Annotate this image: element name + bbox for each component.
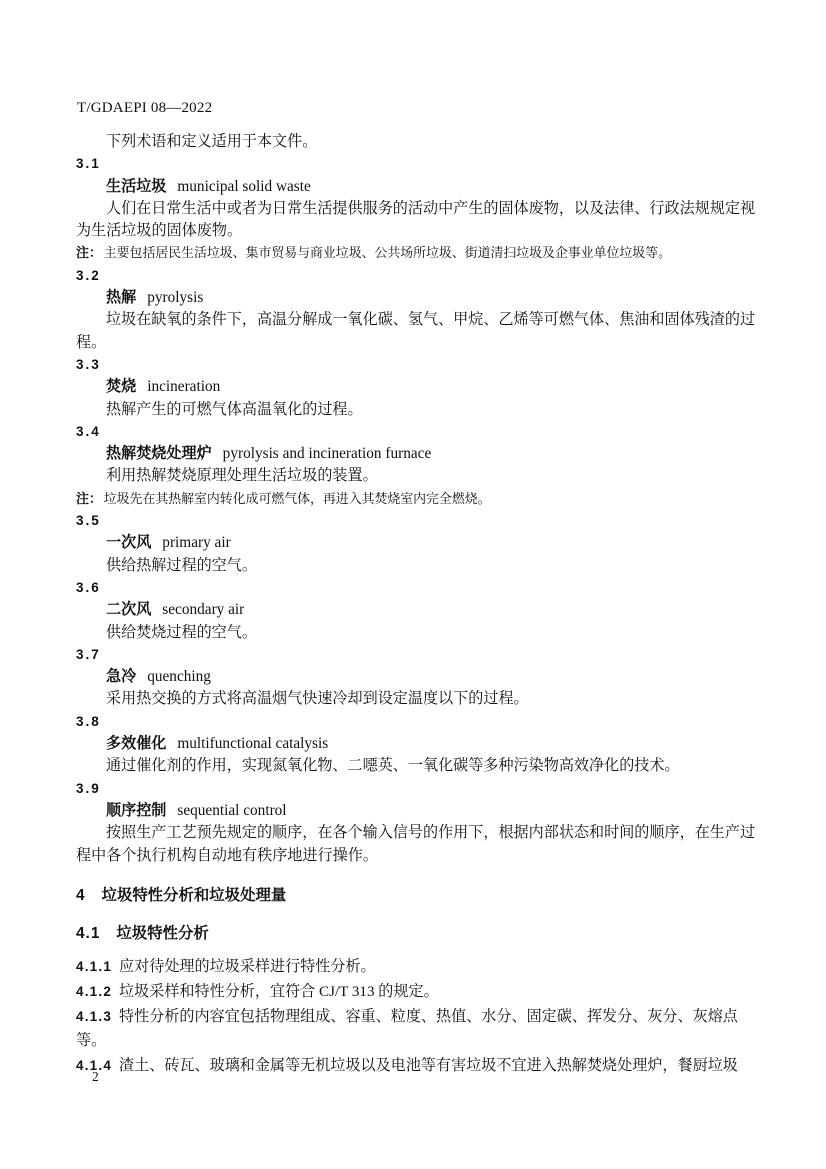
term-definition: 垃圾在缺氧的条件下，高温分解成一氧化碳、氢气、甲烷、乙烯等可燃气体、焦油和固体残…	[76, 309, 758, 354]
section-title: 垃圾特性分析和垃圾处理量	[102, 887, 287, 904]
term-definition: 通过催化剂的作用，实现氮氧化物、二噁英、一氧化碳等多种污染物高效净化的技术。	[76, 755, 758, 777]
term-zh: 焚烧	[106, 378, 136, 395]
clause-text: 垃圾采样和特性分析，宜符合 CJ/T 313 的规定。	[119, 984, 439, 1000]
section-heading: 4垃圾特性分析和垃圾处理量	[76, 885, 758, 907]
term-en: incineration	[147, 378, 220, 395]
clause-4-1-3: 4.1.3特性分析的内容宜包括物理组成、容重、粒度、热值、水分、固定碳、挥发分、…	[76, 1005, 758, 1054]
term-zh: 急冷	[106, 668, 136, 685]
term-section-3-5: 3.5 一次风primary air 供给热解过程的空气。	[76, 510, 758, 577]
term-en: pyrolysis and incineration furnace	[223, 445, 432, 462]
term-section-3-1: 3.1 生活垃圾municipal solid waste 人们在日常生活中或者…	[76, 153, 758, 264]
term-line: 焚烧incineration	[76, 376, 758, 398]
term-section-3-2: 3.2 热解pyrolysis 垃圾在缺氧的条件下，高温分解成一氧化碳、氢气、甲…	[76, 265, 758, 354]
term-section-3-8: 3.8 多效催化multifunctional catalysis 通过催化剂的…	[76, 711, 758, 778]
term-definition: 按照生产工艺预先规定的顺序，在各个输入信号的作用下，根据内部状态和时间的顺序，在…	[76, 822, 758, 867]
clause-number: 4.1.2	[76, 984, 112, 999]
term-line: 多效催化multifunctional catalysis	[76, 733, 758, 755]
note-text: 主要包括居民生活垃圾、集市贸易与商业垃圾、公共场所垃圾、街道清扫垃圾及企事业单位…	[104, 246, 671, 260]
clause-4-1-1: 4.1.1应对待处理的垃圾采样进行特性分析。	[76, 955, 758, 980]
term-section-3-6: 3.6 二次风secondary air 供给焚烧过程的空气。	[76, 577, 758, 644]
term-section-3-4: 3.4 热解焚烧处理炉pyrolysis and incineration fu…	[76, 421, 758, 510]
term-line: 一次风primary air	[76, 532, 758, 554]
running-header: T/GDAEPI 08—2022	[77, 100, 212, 116]
term-line: 热解焚烧处理炉pyrolysis and incineration furnac…	[76, 443, 758, 465]
term-zh: 热解焚烧处理炉	[106, 445, 212, 462]
term-section-3-9: 3.9 顺序控制sequential control 按照生产工艺预先规定的顺序…	[76, 778, 758, 867]
term-definition: 供给热解过程的空气。	[76, 555, 758, 577]
section-number: 4	[76, 887, 86, 904]
term-zh: 多效催化	[106, 735, 166, 752]
clause-text: 渣土、砖瓦、玻璃和金属等无机垃圾以及电池等有害垃圾不宜进入热解焚烧处理炉，餐厨垃…	[119, 1058, 738, 1074]
term-line: 急冷quenching	[76, 666, 758, 688]
term-zh: 生活垃圾	[106, 178, 166, 195]
term-en: multifunctional catalysis	[177, 735, 328, 752]
term-number: 3.5	[76, 510, 758, 532]
note-label: 注：	[76, 491, 102, 506]
clause-text: 应对待处理的垃圾采样进行特性分析。	[119, 959, 376, 975]
clause-number: 4.1.3	[76, 1009, 112, 1024]
term-line: 热解pyrolysis	[76, 287, 758, 309]
term-en: sequential control	[177, 802, 286, 819]
term-number: 3.3	[76, 354, 758, 376]
term-number: 3.1	[76, 153, 758, 175]
term-en: municipal solid waste	[177, 178, 310, 195]
clause-text: 特性分析的内容宜包括物理组成、容重、粒度、热值、水分、固定碳、挥发分、灰分、灰熔…	[76, 1009, 738, 1049]
subsection-heading: 4.1垃圾特性分析	[76, 923, 758, 945]
term-number: 3.2	[76, 265, 758, 287]
term-number: 3.9	[76, 778, 758, 800]
term-en: secondary air	[162, 601, 244, 618]
term-en: primary air	[162, 534, 230, 551]
term-number: 3.7	[76, 644, 758, 666]
clause-number: 4.1.1	[76, 959, 112, 974]
clause-4-1-4: 4.1.4渣土、砖瓦、玻璃和金属等无机垃圾以及电池等有害垃圾不宜进入热解焚烧处理…	[76, 1054, 758, 1079]
clause-4-1-2: 4.1.2垃圾采样和特性分析，宜符合 CJ/T 313 的规定。	[76, 980, 758, 1005]
term-zh: 二次风	[106, 601, 151, 618]
document-body: 下列术语和定义适用于本文件。 3.1 生活垃圾municipal solid w…	[76, 131, 758, 1078]
term-line: 顺序控制sequential control	[76, 800, 758, 822]
term-number: 3.8	[76, 711, 758, 733]
term-zh: 顺序控制	[106, 802, 166, 819]
term-definition: 人们在日常生活中或者为日常生活提供服务的活动中产生的固体废物，以及法律、行政法规…	[76, 198, 758, 243]
page-number: 2	[92, 1070, 99, 1084]
term-definition: 利用热解焚烧原理处理生活垃圾的装置。	[76, 465, 758, 487]
term-en: pyrolysis	[147, 289, 203, 306]
term-section-3-3: 3.3 焚烧incineration 热解产生的可燃气体高温氧化的过程。	[76, 354, 758, 421]
term-definition: 采用热交换的方式将高温烟气快速冷却到设定温度以下的过程。	[76, 688, 758, 710]
term-line: 生活垃圾municipal solid waste	[76, 176, 758, 198]
clause-list: 4.1.1应对待处理的垃圾采样进行特性分析。 4.1.2垃圾采样和特性分析，宜符…	[76, 955, 758, 1078]
subsection-number: 4.1	[76, 925, 100, 942]
term-line: 二次风secondary air	[76, 599, 758, 621]
term-zh: 热解	[106, 289, 136, 306]
intro-paragraph: 下列术语和定义适用于本文件。	[76, 131, 758, 153]
note-text: 垃圾先在其热解室内转化成可燃气体，再进入其焚烧室内完全燃烧。	[104, 492, 491, 506]
term-en: quenching	[147, 668, 211, 685]
document-page: T/GDAEPI 08—2022 下列术语和定义适用于本文件。 3.1 生活垃圾…	[0, 0, 826, 1169]
note-label: 注：	[76, 245, 102, 260]
term-zh: 一次风	[106, 534, 151, 551]
term-number: 3.6	[76, 577, 758, 599]
term-section-3-7: 3.7 急冷quenching 采用热交换的方式将高温烟气快速冷却到设定温度以下…	[76, 644, 758, 711]
term-note: 注：垃圾先在其热解室内转化成可燃气体，再进入其焚烧室内完全燃烧。	[76, 488, 758, 510]
subsection-title: 垃圾特性分析	[116, 925, 208, 942]
term-number: 3.4	[76, 421, 758, 443]
term-note: 注：主要包括居民生活垃圾、集市贸易与商业垃圾、公共场所垃圾、街道清扫垃圾及企事业…	[76, 242, 758, 264]
term-definition: 供给焚烧过程的空气。	[76, 622, 758, 644]
term-definition: 热解产生的可燃气体高温氧化的过程。	[76, 399, 758, 421]
